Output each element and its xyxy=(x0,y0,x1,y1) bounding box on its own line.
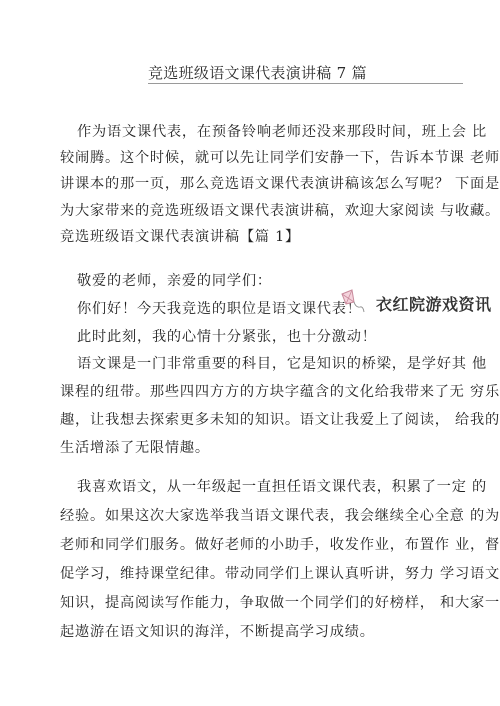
text-line: 促学习，维持课堂纪律。带动同学们上课认真听讲，努力 学习语文 xyxy=(60,563,500,583)
text-line: 课程的纽带。那些四四方方的方块字蕴含的文化给我带来了无 穷乐 xyxy=(60,381,500,401)
document-page: 竞选班级语文课代表演讲稿 7 篇 作为语文课代表，在预备铃响老师还没来那段时间，… xyxy=(0,0,500,706)
kite-icon xyxy=(338,288,366,318)
text-line: 你们好！今天我竞选的职位是语文课代表！ xyxy=(77,298,362,318)
text-line: 敬爱的老师，亲爱的同学们： xyxy=(77,270,272,290)
text-line: 老师和同学们服务。做好老师的小助手，收发作业，布置作 业，督 xyxy=(60,534,500,554)
text-line: 起遨游在语文知识的海洋，不断提高学习成绩。 xyxy=(60,621,375,641)
text-line: 为大家带来的竞选班级语文课代表演讲稿，欢迎大家阅读 与收藏。 xyxy=(60,200,500,220)
text-line: 此时此刻，我的心情十分紧张，也十分激动！ xyxy=(77,326,377,346)
text-line: 我喜欢语文，从一年级起一直担任语文课代表，积累了一定 的 xyxy=(77,476,487,496)
text-line: 较闹腾。这个时候，就可以先让同学们安静一下，告诉本节课 老师 xyxy=(60,147,500,167)
text-line: 作为语文课代表，在预备铃响老师还没来那段时间，班上会 比 xyxy=(77,121,487,141)
text-line: 经验。如果这次大家选举我当语文课代表，我会继续全心全意 的为 xyxy=(60,505,500,525)
text-line: 趣，让我想去探索更多未知的知识。语文让我爱上了阅读， 给我的 xyxy=(60,409,500,429)
text-line: 语文课是一门非常重要的科目，它是知识的桥梁，是学好其 他 xyxy=(77,353,487,373)
text-line: 知识，提高阅读写作能力，争取做一个同学们的好榜样， 和大家一 xyxy=(60,592,500,612)
text-line: 讲课本的那一页，那么竞选语文课代表演讲稿该怎么写呢？ 下面是 xyxy=(60,173,500,193)
document-body: 作为语文课代表，在预备铃响老师还没来那段时间，班上会 比较闹腾。这个时候，就可以… xyxy=(0,0,500,706)
watermark-text: 衣红院游戏资讯 xyxy=(376,292,492,315)
text-line: 生活增添了无限情趣。 xyxy=(60,437,210,457)
text-line: 竞选班级语文课代表演讲稿【篇 1】 xyxy=(60,226,300,246)
watermark: 衣红院游戏资讯 xyxy=(338,288,492,318)
